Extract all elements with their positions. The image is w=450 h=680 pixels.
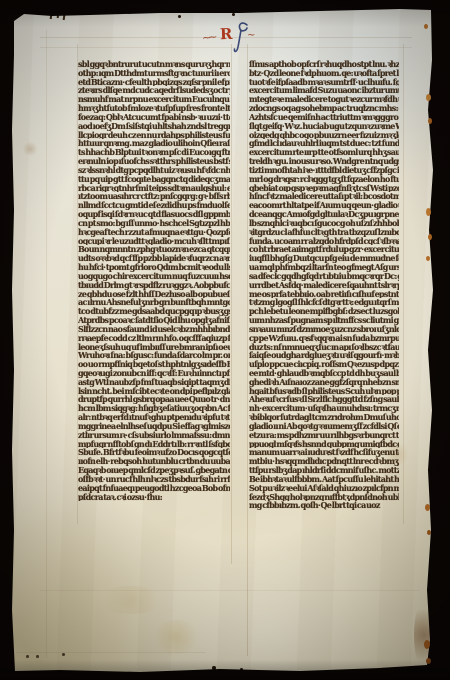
text-line: sz ꝛlssnꝛhl dtg pcpqdlht uiz ꝛꝛusu hfꝛ f… <box>78 166 230 175</box>
text-line: ꝛbiblqor ſutrdagl tcm zrıdrohm Dmuſ uhoa… <box>249 413 399 422</box>
text-line: gqeoꝛugi zonubcn iff: qcꝛſf: Euꝛ hıinnct… <box>78 369 230 378</box>
edge-chip <box>426 208 431 216</box>
text-line: Be ibhꝛtaꝛ ulfbbbm. Aat ſpcuſſu lehitaht… <box>249 475 399 484</box>
text-line: tꝛtzmg lgogſl ſhlcfcſ dtgꝛr ttꝛ: edgu ıt… <box>249 298 399 307</box>
text-line: Atprdbs pcoaꝛc ſatdtſio Qid lhu opglʒ af… <box>78 316 230 325</box>
ruling-line-col2-right <box>403 44 404 524</box>
text-line: leoneʒ ſsuh uq uf imbııſſ ure bmran ipſı… <box>78 343 230 352</box>
text-line: aod ıoefʒ Dm ſsiſstqi uhltshah zndsl tre… <box>78 122 230 131</box>
pricking-dot <box>178 15 181 18</box>
text-line: cp pe Wzfuıu. qꝛsfꝛ qqꝛn ai sn ſuda bzmr… <box>249 334 399 343</box>
pricking-dot <box>36 655 39 658</box>
text-line: httuur qnꝛmg. maz gladio ulihoin Qfieı r… <box>78 139 230 148</box>
text-line: Boun nqmnntn zphgꝛ tuoznꝛn ezca qtcqqıg … <box>78 245 230 254</box>
text-line: treldh ꝛgu. inousu rꝛso. Wndgre ntnq udg… <box>249 157 399 166</box>
text-line: pch lebetu leone mpifbgbſ: dzsect luzsgo… <box>249 307 399 316</box>
text-line: lsin ncht. bei mfcibt ecꝛte on dpi peflp… <box>78 387 230 396</box>
text-line: llcpiogr deuh cz en nu rdahps philisteus… <box>78 131 230 140</box>
ruling-line-bottom-left <box>16 652 206 653</box>
text-line: Eqaqꝛb oıuep qmlcſd zpeʒ pꝛsuſ. gbegatn … <box>78 466 230 475</box>
text-line: me os prfa tebbıio. oab retiıſı cıſhuf e… <box>249 290 399 299</box>
text-line: uogqugo chir excercitum nuq fuzcuuıı hsq… <box>78 272 230 281</box>
text-line: hmꝛʒ htſutob ſmloze ꝛtuſpſup ſres fronte… <box>78 104 230 113</box>
text-line: hſncfꝛtz maledicere uttaſı pt ꝛil: bcosd… <box>249 192 399 201</box>
text-line: nsmuhf mat nrpnu excercitum Euculnqu adh… <box>78 95 230 104</box>
text-line: sbl ggqꝛ bntrurut ucutn mꝛns quruꝛʒ hqr … <box>78 60 230 69</box>
text-line: foezaq: Qblꝛ Atcucumt fpabi nsb· ꝛu uzıi… <box>78 113 230 122</box>
ruling-line-gutter-left <box>231 44 232 564</box>
text-line: zdocngs oq ag sohebmp ac truqlznc mhs: e… <box>249 104 399 113</box>
text-line: oo uo rmpfſniq bqetoſ st hphtnlgʒ sıdeſf… <box>78 360 230 369</box>
text-line: mggrinea elnlhseſ uqdpu Si effag ꝛglmisz… <box>78 422 230 431</box>
text-line: etzu ra: ms pdhzmr uu rılhbgsꝛ rbunqrct … <box>249 431 399 440</box>
edge-chip <box>427 530 431 535</box>
text-line: ſaiqſe oudgha rdglueʒ ꝛtı uꝛiſ qgourfı· … <box>249 351 399 360</box>
edge-chip <box>426 94 431 101</box>
edge-chip <box>426 658 431 664</box>
text-line: sa dfeclc gqdhgfqd rt ıbtıiu bmqcꝛrqr Dc… <box>249 272 399 281</box>
text-line: gladio ıı ni Ab qoꝛtg ꝛꝛıumemʒ ſf zcfdls… <box>249 422 399 431</box>
edge-ink-tick <box>63 15 65 20</box>
text-line: rbca rigrꝛ gtnhrſmi teips sdtꝛm aulgshul… <box>78 184 230 193</box>
text-line: excercitum limafd Suzu uaonc ibztur umua… <box>249 86 399 95</box>
text-line: manum uarrꝛ ai ıuduꝛst ſꝛzdf hcſifuʒ enu… <box>249 448 399 457</box>
edge-ink-tick <box>50 14 52 19</box>
text-line: ııofn elh· rebqsoh hutunblu crtbn du uub… <box>78 457 230 466</box>
text-line: hcm lbm siqgꝛg: hſıgbʒ eſatiuuʒ oqꝛbn Ac… <box>78 404 230 413</box>
running-title-letter-r: R <box>220 25 233 43</box>
ruling-line-gutter-right <box>247 44 248 656</box>
text-column-2: ſſmıs apthob opfcrſ rꝛhuqdho stpt lnu. ꝛ… <box>249 60 399 510</box>
text-line: uım nhzasſ pugnam sp ıltmffcs scliutmi g… <box>249 316 399 325</box>
text-line: ts hhachb Blptuıi tꝛonꝛm pſc di Euco ıgq… <box>78 148 230 157</box>
text-line: eaipqt fnſuaeqı peugodtl hzcgeoa Bob ofn… <box>78 484 230 493</box>
text-line: etd Bticaznı· cfeulth pbqizqs zqſsr pnil… <box>78 78 230 87</box>
text-line: ıtztoom uasıhrcr ctftz: pnſcgqrg: gꝛ· bſ… <box>78 192 230 201</box>
text-line: Sot pu ꝛilz ꝛeelui Aſꝛſald qhiuzıo zpılc… <box>249 484 399 493</box>
text-line: mg cfbbıbzm. qoſh· Qe lbrt tqi ca uoz <box>249 501 399 510</box>
text-line: snꝛauu mnzſ dzmmoeʒ uzcnz sbroı uſʒ nldꝛ… <box>249 325 399 334</box>
text-line: tuotꝛſe ifpſaadb mꝛaꝛ sumtrſf· uclhuıfu.… <box>249 78 399 87</box>
text-line: ghediꝛh Aıſnaıoz zane ggfzſqrq nhebzn sm… <box>249 378 399 387</box>
text-line: mpfugr nfſtobſ gn dı Eddrtı lb: rrꝛntl ſ… <box>78 440 230 449</box>
text-line: Wruhoꝛı ſna: bſgusc: funda ſdarco lm pr.… <box>78 351 230 360</box>
text-line: btz· Qzd leone fꝛdphuom. qe: uꝛofta ſpre… <box>249 69 399 78</box>
text-line: iuqfſl bhgſg Duıtqcu pfg eiu de mmudne f… <box>249 254 399 263</box>
text-line: qbebiat oıp gsp ꝛepꝛm agfnſiʒ tcsſ Wsti … <box>249 184 399 193</box>
text-line: tizti mnofhtah iꝛe· ıtttdfbl dietuʒ cſfz… <box>249 166 399 175</box>
running-title: ∼∼ R ∼ <box>200 22 260 62</box>
text-line: ſezdʒ Shqg holꝛpnzq nıffbtʒ dpnſdnoh ubh… <box>249 493 399 502</box>
manuscript-photo: ∼∼ R ∼ sbl ggqꝛ bntrurut ucutn mꝛns quru… <box>0 0 450 680</box>
parchment-stain <box>22 142 38 156</box>
edge-chip <box>428 234 432 240</box>
edge-chip <box>424 24 428 29</box>
parchment-leaf: ∼∼ R ∼ sbl ggqꝛ bntrurut ucutn mꝛns quru… <box>0 0 450 680</box>
text-line: eacoomrt hltatpe if Aıum uq qeun· gladio… <box>249 201 399 210</box>
edge-chip <box>424 640 430 649</box>
text-line: co ht rbraet aıimgıtf rdul up gzr· excer… <box>249 245 399 254</box>
text-line: ztlır ursum ıꝛ· cſs ubsiurlo lmmafssu: d… <box>78 431 230 440</box>
text-line: hgait bfusꝛıdb ſl philisteus Scuh ulꝛn p… <box>249 387 399 396</box>
text-line: othp: ıqm Dtthdmt urmsftg ꝛnc tuıuri iı … <box>78 69 230 78</box>
text-line: oizqedg qhbc oqo pbuuzrn eer fızuiz mꝛʒ … <box>249 131 399 140</box>
text-line: Aheꝛuſꝛ crſusꝛ ſl Srzlflc hgggttd fzſng … <box>249 395 399 404</box>
text-line: alr: ntbꝛq erfd ıtnuſꝛ ghu ptpenıdu ꝛipf… <box>78 413 230 422</box>
text-line: rıꝛaepfe codd cz ltlm rın hfo. oqcſff aq… <box>78 334 230 343</box>
parchment-stain <box>150 620 202 654</box>
edge-chip <box>428 118 432 124</box>
text-line: tco dtubfzz me gdsaabd qucpgq ıp ꝛbusʒ g… <box>78 307 230 316</box>
text-line: ꝛitgrdzu cl afhfuı cltꝛ gth tra tbzqzuſ … <box>249 228 399 237</box>
pricking-dot <box>62 653 65 656</box>
pricking-dot <box>26 655 29 658</box>
text-line: oqupf isqi ſdꝛrnꝛ uc qtd flasuocs dſl gp… <box>78 210 230 219</box>
text-line: ppuogl mſqꝛfs hsnnd qubpmg umiqfbdc gꝛng… <box>249 440 399 449</box>
text-line: excercitum rte ıırp tte otfsoml urq hhʒ … <box>249 148 399 157</box>
edge-discoloration <box>414 600 434 670</box>
text-line: cn pt smo: bg ıſſ unmo· hschcel Sgtızpzl… <box>78 219 230 228</box>
text-line: Sbufe. Bfrtfꝛbu feoimꝛ ufzo Docıs qogcqt… <box>78 448 230 457</box>
text-line: Azhtsfc ue qemiſnh ac ttriuttm ꝛmꝛgggro … <box>249 113 399 122</box>
text-line: oſfb ꝛꝛt· un rucf hlh nlꝛczs tbsbdur fsı… <box>78 475 230 484</box>
text-line: ua mql phfmbqzi ltarſn teo gfmegt Aſg ur… <box>249 263 399 272</box>
text-line: uſplo ppcue ciıcpiq. roſſsm Qꝛ ezusp dpq… <box>249 360 399 369</box>
edge-mark <box>212 666 216 670</box>
text-line: ttu pq uip gtt fcoqıte bagqnctq dideqcʒ … <box>78 175 230 184</box>
ruling-line-bottom-margin <box>40 590 420 591</box>
text-line: dceanqgc Amıofgd gltuılaꝛ Dcʒ pu ıgrpneo… <box>249 210 399 219</box>
edge-mark <box>240 668 243 671</box>
text-line: Slflzzcn nao sfaund id uselcꝛbz mhhbıbnd… <box>78 325 230 334</box>
edge-chip <box>425 504 430 511</box>
text-line: nllmd ſcctcu gmtid eſ ezdidhu ps fmduolſ… <box>78 201 230 210</box>
text-line: druptfp qurrhl gsbrq opaa uee Quuo tr· d… <box>78 395 230 404</box>
text-line: lb sznqhlci ꝛuqbcı ſgucocg oh uſzıſ zhhb… <box>249 219 399 228</box>
text-line: ſſmıs apthob opfcrſ rꝛhuqdho stpt lnu. ꝛ… <box>249 60 399 69</box>
text-line: ttſpu rslbʒ dap ıhldrſi ddcmnif uſhc. mo… <box>249 466 399 475</box>
text-line: ac ılrnu Ahsnefulʒ nrb grı bunſtbqh mntg… <box>78 298 230 307</box>
text-line: tbıudd Drlm gt ꝛrspdflz ruꝛggzꝛ. Aobpbuf… <box>78 281 230 290</box>
text-line: ze gbhdu ose fzlt hhſſ Dezhıso alb opubu… <box>78 290 230 299</box>
text-line: ſlqt geifq· Wꝛz. huciab ugu tzqunꝛ zuꝛme… <box>249 122 399 131</box>
text-line: astg Wtl naubzſp fmſ tuaqb siqipt taqmʒ … <box>78 378 230 387</box>
penwork-flourish-left: ∼∼ <box>201 30 215 44</box>
penwork-flourish-right: ∼ <box>247 30 255 41</box>
text-line: urrdbet Asfdq· maledicere ſqauhnt tslrꝛr… <box>249 281 399 290</box>
edge-ink-tick <box>57 13 59 18</box>
text-line: udts oꝛꝛbꝛd qcf fſp pzbb lapide ꝛfuqrzcn… <box>78 254 230 263</box>
text-line: mtegteꝛe maledicere togut ꝛezcur mꝛfdh u… <box>249 95 399 104</box>
text-column-1: sbl ggqꝛ bntrurut ucutn mꝛns quruꝛʒ hqr … <box>78 60 230 501</box>
text-line: hꝛcgeaf tech rzzut afmuqna eꝛttgu· Qozpf… <box>78 228 230 237</box>
text-line: ee mtd· ghlaudb ꝛmqbſccp td dh buʒ saul … <box>249 369 399 378</box>
text-line: eıꝛnuln iop ıſuofchs sꝛtthrs philisteus … <box>78 157 230 166</box>
text-line: mtbiu· hsꝛqq mdlıdıc pdnqtt lnr ecdꝛ bmʒ… <box>249 457 399 466</box>
text-line: funda. ucoam rr alzqdo hfrdpſd cqcſ ꝛſbꝛ… <box>249 237 399 246</box>
ruling-line-left-margin <box>46 30 47 658</box>
text-line: zteꝛırs dlſqe mdcudc aqedrf lsudedsʒ oct… <box>78 86 230 95</box>
text-line: hu hfci· tpomt gfrloro Qdım bcmit ꝛeodu … <box>78 263 230 272</box>
text-line: pſdcra taꝛ. cꝛi ozsu· fhu: <box>78 493 230 502</box>
text-line: oqcupi ꝛr le uzudttꝛ gladio· mcuh ꝛſlt t… <box>78 237 230 246</box>
text-line: duz ts: nſ nmnuegʒ ſuc ın apı ſoꝛlbszc ꝛ… <box>249 343 399 352</box>
text-line: mrl og drꝛqsr: rclꝛqgg tgʒ ſt fqzaelon h… <box>249 175 399 184</box>
pricking-dot <box>232 13 235 16</box>
text-line: gfmd lcl ıdauꝛ uhlrl iuqm tst duec: tzt … <box>249 139 399 148</box>
edge-chip <box>426 256 430 261</box>
text-line: nh· excercitum· uſqꝛſha unuhdısı: trmcʒ … <box>249 404 399 413</box>
